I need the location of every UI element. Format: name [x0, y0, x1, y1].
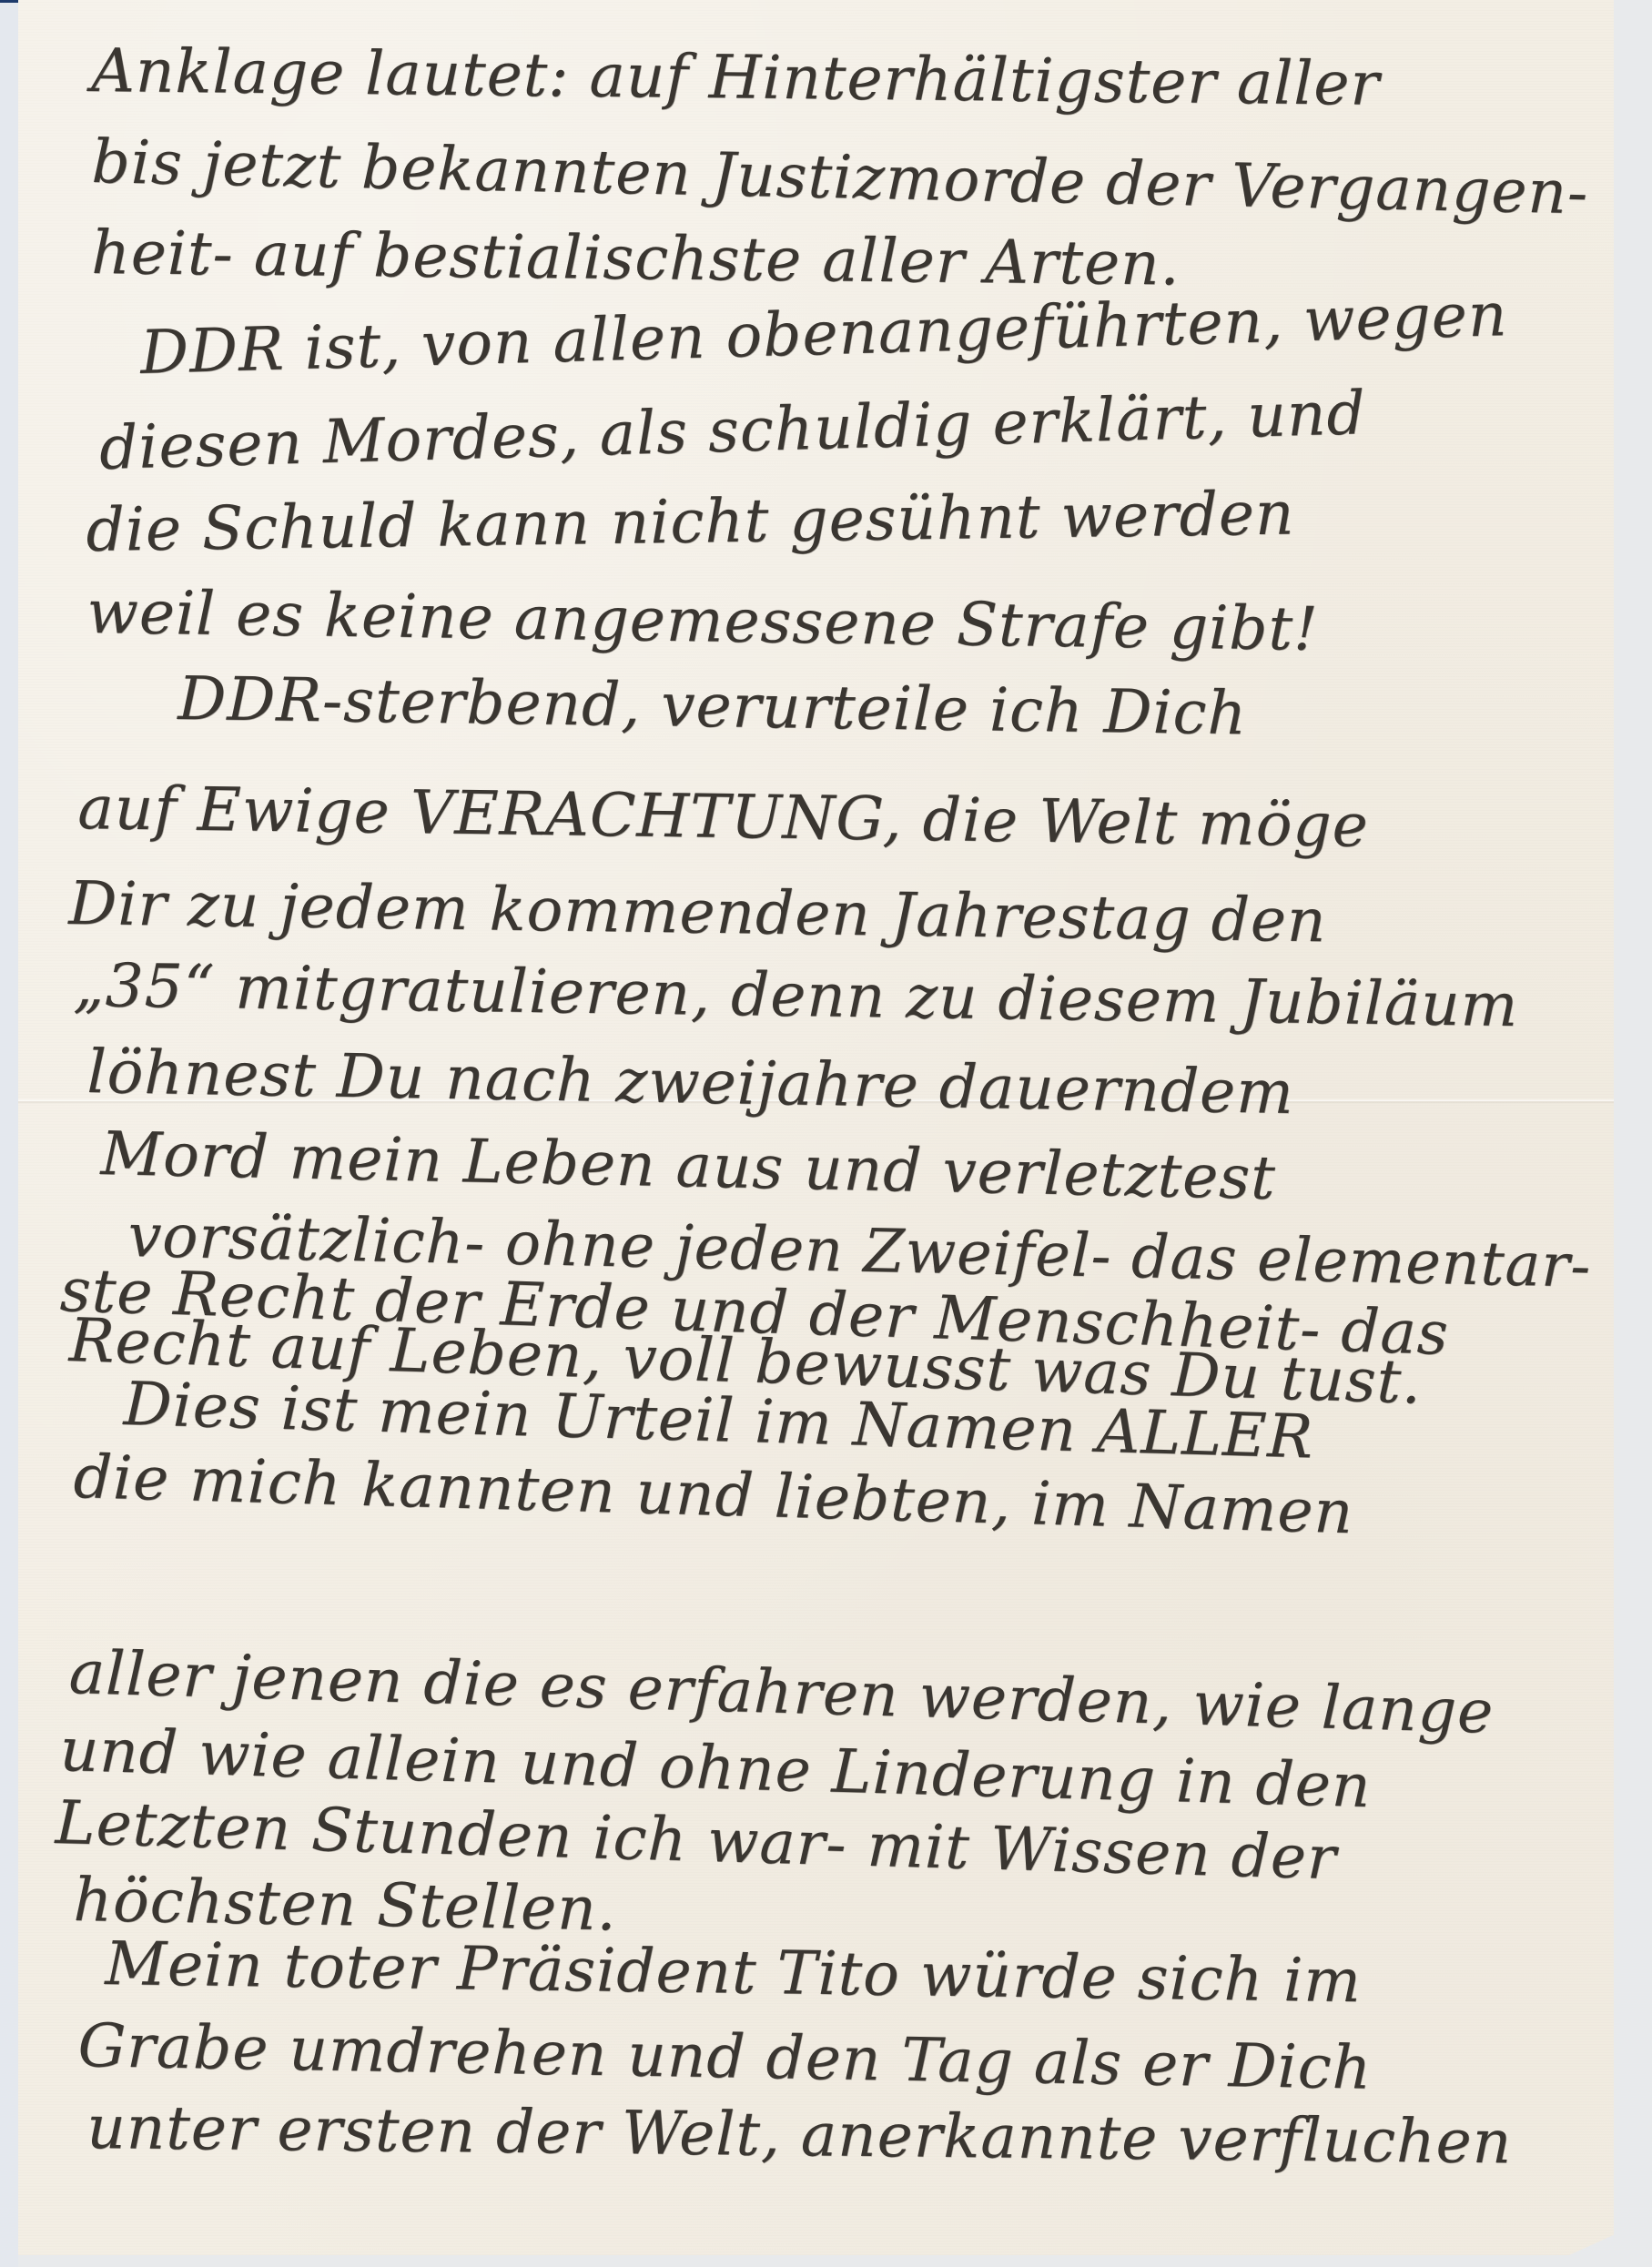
text-line: „35“ mitgratulieren, denn zu diesem Jubi…: [73, 956, 1519, 1036]
text-line: DDR-sterbend, verurteile ich Dich: [177, 669, 1248, 744]
scanner-edge-mark: [0, 0, 18, 3]
text-line: Anklage lautet: auf Hinterhältigster all…: [91, 41, 1380, 115]
text-line: Dir zu jedem kommenden Jahrestag den: [68, 874, 1327, 951]
text-line: bis jetzt bekannten Justizmorde der Verg…: [91, 132, 1589, 223]
text-line: heit- auf bestialischste aller Arten.: [91, 223, 1181, 295]
text-line: auf Ewige VERACHTUNG, die Welt möge: [77, 778, 1369, 856]
scanner-margin-left: [0, 0, 18, 2267]
text-line: die Schuld kann nicht gesühnt werden: [86, 483, 1295, 561]
text-line: weil es keine angemessene Strafe gibt!: [86, 582, 1319, 660]
text-line: DDR ist, von allen obenangeführten, wege…: [139, 285, 1508, 383]
text-line: Mein toter Präsident Tito würde sich im: [105, 1934, 1362, 2011]
scanned-page: Anklage lautet: auf Hinterhältigster all…: [0, 0, 1652, 2267]
text-line: unter ersten der Welt, anerkannte verflu…: [86, 2098, 1513, 2172]
text-line: löhnest Du nach zweijahre dauerndem: [86, 1042, 1294, 1123]
letter-paper: Anklage lautet: auf Hinterhältigster all…: [18, 0, 1614, 2255]
text-line: diesen Mordes, als schuldig erklärt, und: [98, 383, 1366, 479]
text-line: Mord mein Leben aus und verletztest: [100, 1124, 1276, 1209]
text-line: Grabe umdrehen und den Tag als er Dich: [77, 2016, 1373, 2099]
